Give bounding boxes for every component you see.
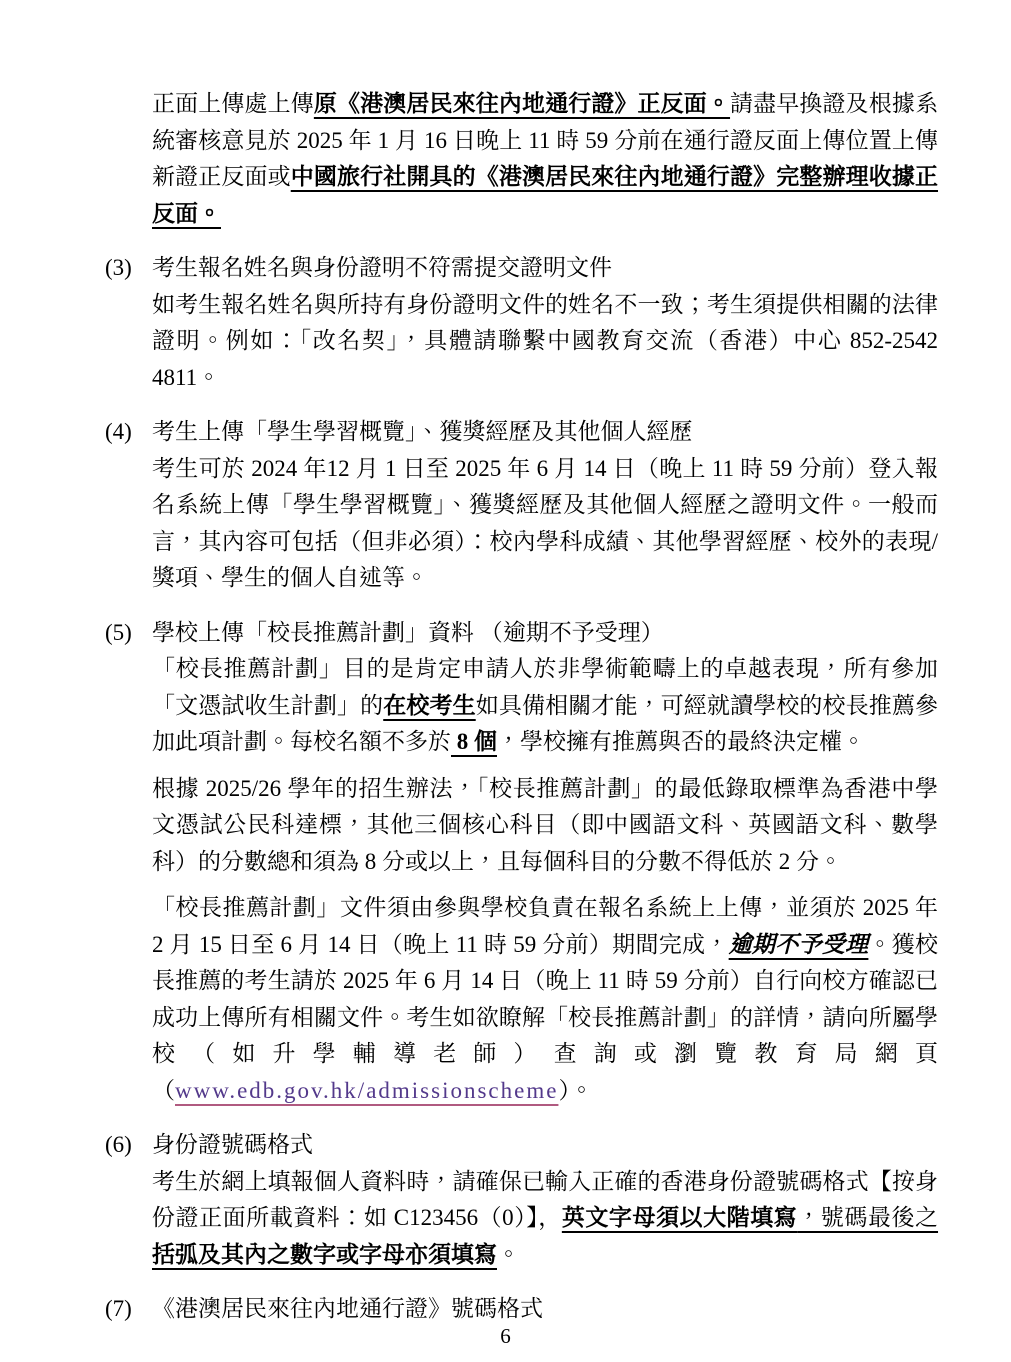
item-paragraph: 「校長推薦計劃」文件須由參與學校負責在報名系統上上傳，並須於 2025 年 2 … <box>152 890 938 1109</box>
item-number: (4) <box>105 414 152 451</box>
text-run: 根據 2025/26 學年的招生辦法，「校長推薦計劃」的最低錄取標準為香港中學文… <box>152 776 938 874</box>
item-heading-text: 《港澳居民來往內地通行證》號碼格式 <box>152 1291 938 1328</box>
text-run: 正面上傳處上傳 <box>152 91 314 116</box>
item-body: 如考生報名姓名與所持有身份證明文件的姓名不一致；考生須提供相關的法律證明。例如：… <box>152 287 938 397</box>
text-run: 。 <box>497 1242 520 1267</box>
item-body: 考生可於 2024 年12 月 1 日至 2025 年 6 月 14 日（晚上 … <box>152 451 938 597</box>
text-run: 考生可於 2024 年12 月 1 日至 2025 年 6 月 14 日（晚上 … <box>152 456 938 591</box>
item-number: (6) <box>105 1127 152 1164</box>
item-number: (5) <box>105 615 152 652</box>
item-paragraph: 如考生報名姓名與所持有身份證明文件的姓名不一致；考生須提供相關的法律證明。例如：… <box>152 287 938 397</box>
continuation-paragraph: 正面上傳處上傳原《港澳居民來往內地通行證》正反面。請盡早換證及根據系統審核意見於… <box>152 86 938 232</box>
item-heading-text: 學校上傳「校長推薦計劃」資料 （逾期不予受理） <box>152 615 938 652</box>
item-5-principal-recommendation-scheme: (5)學校上傳「校長推薦計劃」資料 （逾期不予受理）「校長推薦計劃」目的是肯定申… <box>105 615 938 1110</box>
item-heading-row: (4)考生上傳「學生學習概覽」、獲獎經歷及其他個人經歷 <box>105 414 938 451</box>
item-4-student-learning-profile: (4)考生上傳「學生學習概覽」、獲獎經歷及其他個人經歷考生可於 2024 年12… <box>105 414 938 597</box>
item-number: (3) <box>105 250 152 287</box>
passport-upload-continuation-paragraph: 正面上傳處上傳原《港澳居民來往內地通行證》正反面。請盡早換證及根據系統審核意見於… <box>152 86 938 232</box>
item-7-permit-number-format: (7)《港澳居民來往內地通行證》號碼格式 <box>105 1291 938 1328</box>
item-heading-row: (6)身份證號碼格式 <box>105 1127 938 1164</box>
item-paragraph: 考生可於 2024 年12 月 1 日至 2025 年 6 月 14 日（晚上 … <box>152 451 938 597</box>
document-content: 正面上傳處上傳原《港澳居民來往內地通行證》正反面。請盡早換證及根據系統審核意見於… <box>105 86 938 1328</box>
item-paragraph: 考生於網上填報個人資料時，請確保已輸入正確的香港身份證號碼格式【按身份證正面所載… <box>152 1164 938 1274</box>
text-run: 8 個 <box>451 729 497 754</box>
item-paragraph: 根據 2025/26 學年的招生辦法，「校長推薦計劃」的最低錄取標準為香港中學文… <box>152 771 938 881</box>
item-heading-text: 考生報名姓名與身份證明不符需提交證明文件 <box>152 250 938 287</box>
text-run: 英文字母須以大階填寫 <box>562 1205 797 1230</box>
item-3-name-mismatch: (3)考生報名姓名與身份證明不符需提交證明文件如考生報名姓名與所持有身份證明文件… <box>105 250 938 396</box>
text-run: 在校考生 <box>383 693 476 718</box>
text-run: 原《港澳居民來往內地通行證》正反面。 <box>314 91 730 116</box>
item-heading-row: (7)《港澳居民來往內地通行證》號碼格式 <box>105 1291 938 1328</box>
text-run: 括弧及其內之數字或字母亦須填寫 <box>152 1242 497 1267</box>
text-run: ，號碼最後之 <box>797 1205 938 1230</box>
text-run: ，學校擁有推薦與否的最終決定權。 <box>497 729 865 754</box>
item-heading-text: 身份證號碼格式 <box>152 1127 938 1164</box>
edb-admission-scheme-link[interactable]: www.edb.gov.hk/admissionscheme <box>175 1078 558 1103</box>
item-body: 考生於網上填報個人資料時，請確保已輸入正確的香港身份證號碼格式【按身份證正面所載… <box>152 1164 938 1274</box>
item-body: 「校長推薦計劃」目的是肯定申請人於非學術範疇上的卓越表現，所有參加「文憑試收生計… <box>152 651 938 1109</box>
item-number: (7) <box>105 1291 152 1328</box>
text-run: 如考生報名姓名與所持有身份證明文件的姓名不一致；考生須提供相關的法律證明。例如：… <box>152 292 938 390</box>
text-run: ）。 <box>558 1078 593 1103</box>
item-heading-row: (3)考生報名姓名與身份證明不符需提交證明文件 <box>105 250 938 287</box>
item-heading-text: 考生上傳「學生學習概覽」、獲獎經歷及其他個人經歷 <box>152 414 938 451</box>
document-page: 正面上傳處上傳原《港澳居民來往內地通行證》正反面。請盡早換證及根據系統審核意見於… <box>105 86 938 1328</box>
page-number: 6 <box>0 1324 1011 1348</box>
item-heading-row: (5)學校上傳「校長推薦計劃」資料 （逾期不予受理） <box>105 615 938 652</box>
item-6-hkid-number-format: (6)身份證號碼格式考生於網上填報個人資料時，請確保已輸入正確的香港身份證號碼格… <box>105 1127 938 1273</box>
text-run: 逾期不予受理 <box>729 932 869 957</box>
item-paragraph: 「校長推薦計劃」目的是肯定申請人於非學術範疇上的卓越表現，所有參加「文憑試收生計… <box>152 651 938 761</box>
